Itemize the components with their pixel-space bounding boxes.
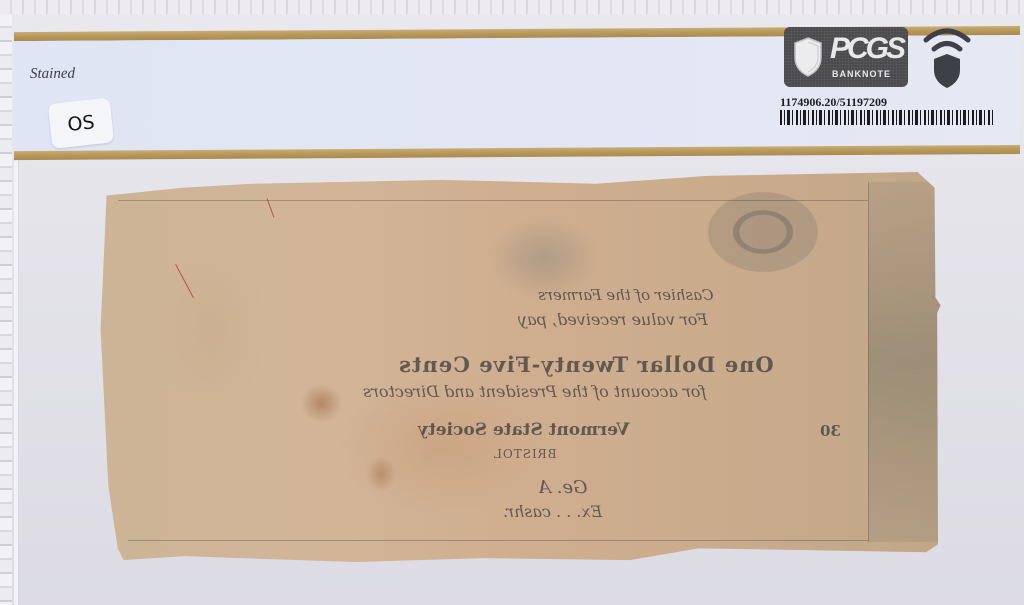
show-through-text: BRISTOL (493, 447, 557, 461)
barcode (780, 110, 995, 125)
shield-icon (793, 37, 823, 77)
pcgs-wordmark: PCGS (830, 32, 903, 66)
show-through-text: For value received, pay (518, 310, 708, 329)
red-pencil-mark (175, 264, 194, 298)
nfc-shield-icon (920, 24, 974, 90)
cert-number: 1174906.20/51197209 (780, 95, 887, 110)
vignette-seal (708, 192, 818, 272)
show-through-text: Cashier of the Farmers (538, 286, 714, 304)
show-through-signature: Ex. . . cashr. (503, 502, 602, 521)
label-qualifier: Stained (30, 66, 75, 83)
pcgs-subtitle: BANKNOTE (832, 69, 891, 79)
red-pencil-mark (267, 198, 275, 217)
border-line (118, 200, 868, 201)
show-through-signature: Ge. A (538, 477, 587, 498)
os-sticker: OS (48, 97, 114, 149)
note-end-panel (868, 182, 941, 542)
show-through-text: Vermont State Society (418, 420, 630, 440)
banknote: Cashier of the Farmers For value receive… (98, 172, 956, 564)
border-line (128, 540, 868, 541)
holder-border-left (0, 14, 12, 605)
show-through-text: for account of the President and Directo… (363, 382, 706, 401)
holder-border-top (0, 0, 1024, 14)
holder-inner-edge (14, 160, 18, 605)
show-through-text: One Dollar Twenty-Five Cents (398, 352, 774, 377)
pcgs-banknote-logo: PCGS BANKNOTE (784, 27, 908, 87)
show-through-number: 30 (820, 422, 841, 440)
